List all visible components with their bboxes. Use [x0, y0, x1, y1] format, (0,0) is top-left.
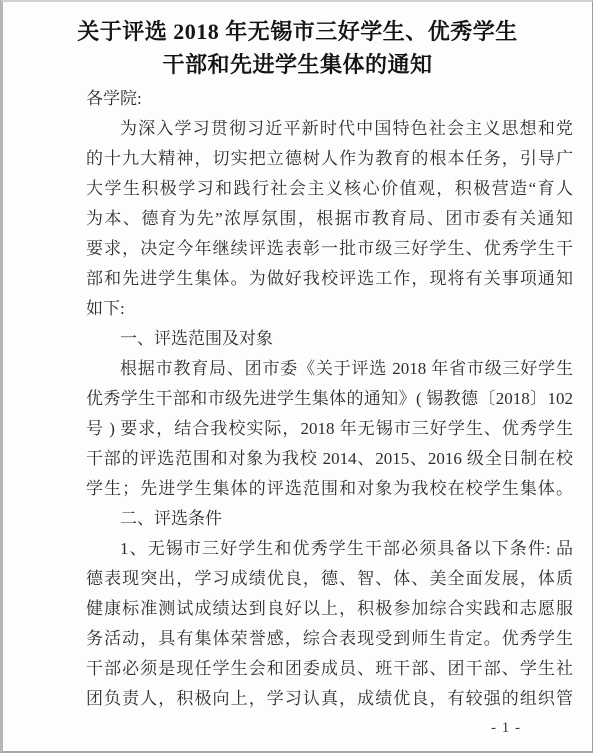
- document-body-lines: 为深入学习贯彻习近平新时代中国特色社会主义思想和党的十九大精神，切实把立德树人作…: [86, 114, 573, 714]
- document-body: 各学院: 为深入学习贯彻习近平新时代中国特色社会主义思想和党的十九大精神，切实把…: [86, 84, 573, 714]
- body-line: 根据市教育局、团市委《关于评选 2018 年省市级三好学生: [86, 354, 573, 384]
- body-line: 1、无锡市三好学生和优秀学生干部必须具备以下条件: 品: [86, 534, 573, 564]
- body-line: 干部必须是现任学生会和团委成员、班干部、团干部、学生社: [86, 654, 573, 684]
- document-title: 关于评选 2018 年无锡市三好学生、优秀学生 干部和先进学生集体的通知: [3, 15, 592, 81]
- section-heading: 一、评选范围及对象: [86, 324, 573, 354]
- page-number: - 1 -: [3, 720, 592, 737]
- body-line: 务活动，具有集体荣誉感，综合表现受到师生肯定。优秀学生: [86, 624, 573, 654]
- body-line: 健康标准测试成绩达到良好以上，积极参加综合实践和志愿服: [86, 594, 573, 624]
- body-line: 学生；先进学生集体的评选范围和对象为我校在校学生集体。: [86, 474, 573, 504]
- body-line: 大学生积极学习和践行社会主义核心价值观，积极营造“育人: [86, 174, 573, 204]
- body-line: 德表现突出，学习成绩优良，德、智、体、美全面发展，体质: [86, 564, 573, 594]
- title-line-2: 干部和先进学生集体的通知: [3, 48, 592, 81]
- body-line: 为本、德育为先”浓厚氛围，根据市教育局、团市委有关通知: [86, 204, 573, 234]
- body-line: 为深入学习贯彻习近平新时代中国特色社会主义思想和党: [86, 114, 573, 144]
- section-heading: 二、评选条件: [86, 504, 573, 534]
- body-line: 优秀学生干部和市级先进学生集体的通知》( 锡教德〔2018〕102: [86, 384, 573, 414]
- body-line: 团负责人，积极向上，学习认真，成绩优良，有较强的组织管: [86, 684, 573, 714]
- document-page: 关于评选 2018 年无锡市三好学生、优秀学生 干部和先进学生集体的通知 各学院…: [0, 0, 593, 753]
- body-line: 要求，决定今年继续评选表彰一批市级三好学生、优秀学生干: [86, 234, 573, 264]
- body-line: 的十九大精神，切实把立德树人作为教育的根本任务，引导广: [86, 144, 573, 174]
- title-line-1: 关于评选 2018 年无锡市三好学生、优秀学生: [3, 15, 592, 48]
- body-line: 部和先进学生集体。为做好我校评选工作，现将有关事项通知: [86, 264, 573, 294]
- salutation: 各学院:: [86, 84, 573, 114]
- body-line: 干部的评选范围和对象为我校 2014、2015、2016 级全日制在校: [86, 444, 573, 474]
- body-line: 号 ) 要求，结合我校实际，2018 年无锡市三好学生、优秀学生: [86, 414, 573, 444]
- body-line: 如下:: [86, 294, 573, 324]
